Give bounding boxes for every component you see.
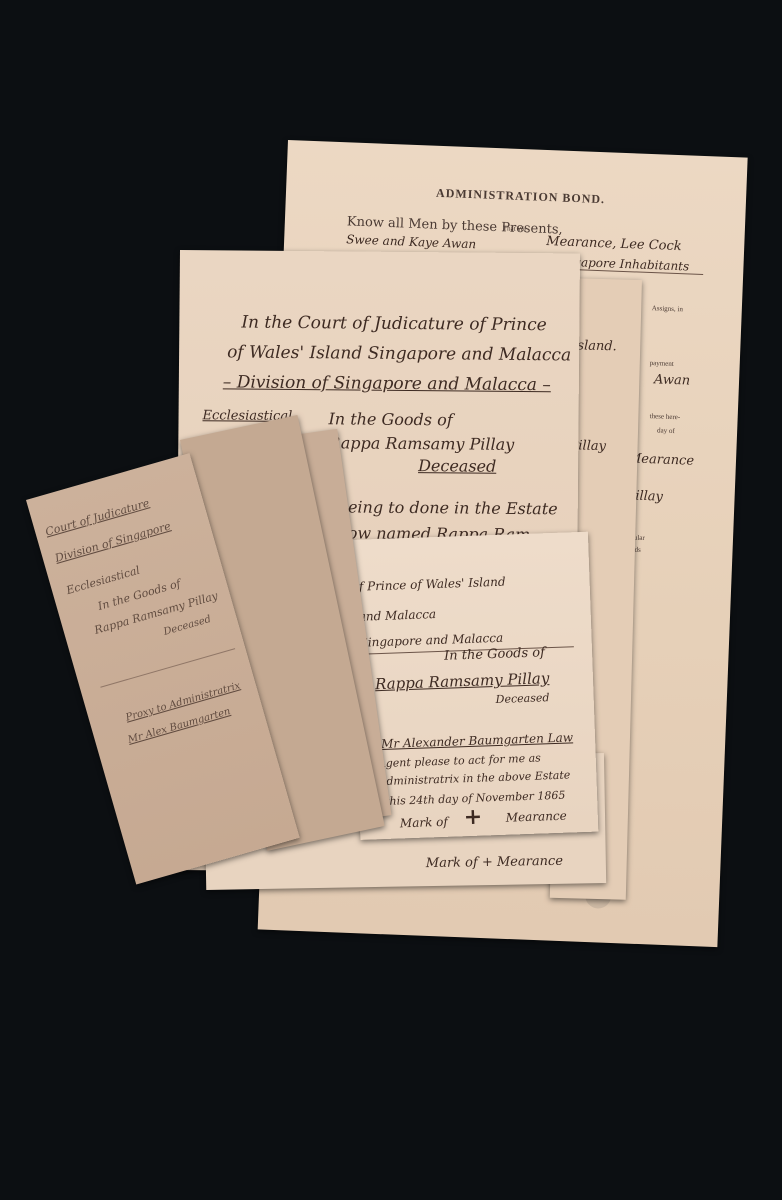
court-line-5: Rappa Ramsamy Pillay	[328, 433, 514, 454]
court-line-1: In the Court of Judicature of Prince	[241, 313, 547, 336]
photo-scene: ADMINISTRATION BOND. Know all Men by the…	[0, 0, 782, 1200]
proxy-line-4: In the Goods of	[444, 645, 545, 664]
proxy-line-8: Agent please to act for me as	[378, 751, 541, 770]
docket-line-6: Deceased	[162, 614, 212, 638]
bond-handwritten-names-2: Swee and Kaye Awan	[346, 232, 476, 251]
proxy-line-2: and Malacca	[358, 607, 436, 624]
proxy-line-9: Administratrix in the above Estate	[378, 768, 570, 788]
proxy-line-7: Mr Alexander Baumgarten Law	[381, 730, 573, 751]
proxy-line-11: Mark of	[400, 815, 448, 831]
lower-sheet-signature: Mark of + Mearance	[426, 854, 563, 871]
bond-preamble-small: That We	[503, 224, 527, 233]
court-line-6: Deceased	[418, 456, 496, 476]
proxy-line-1: of Prince of Wales' Island	[351, 575, 505, 594]
court-line-7: being to done in the Estate	[338, 497, 558, 518]
bond-handwritten-names: Mearance, Lee Cock	[546, 234, 682, 254]
court-line-2: of Wales' Island Singapore and Malacca	[227, 342, 571, 365]
proxy-line-5: Rappa Ramsamy Pillay	[375, 669, 550, 693]
bond-title: ADMINISTRATION BOND.	[436, 186, 606, 207]
proxy-line-12: Mearance	[506, 809, 567, 825]
proxy-mark-cross: +	[463, 804, 482, 831]
court-line-4: In the Goods of	[328, 409, 452, 429]
court-line-3: – Division of Singapore and Malacca –	[223, 372, 551, 395]
proxy-line-6: Deceased	[495, 691, 549, 706]
